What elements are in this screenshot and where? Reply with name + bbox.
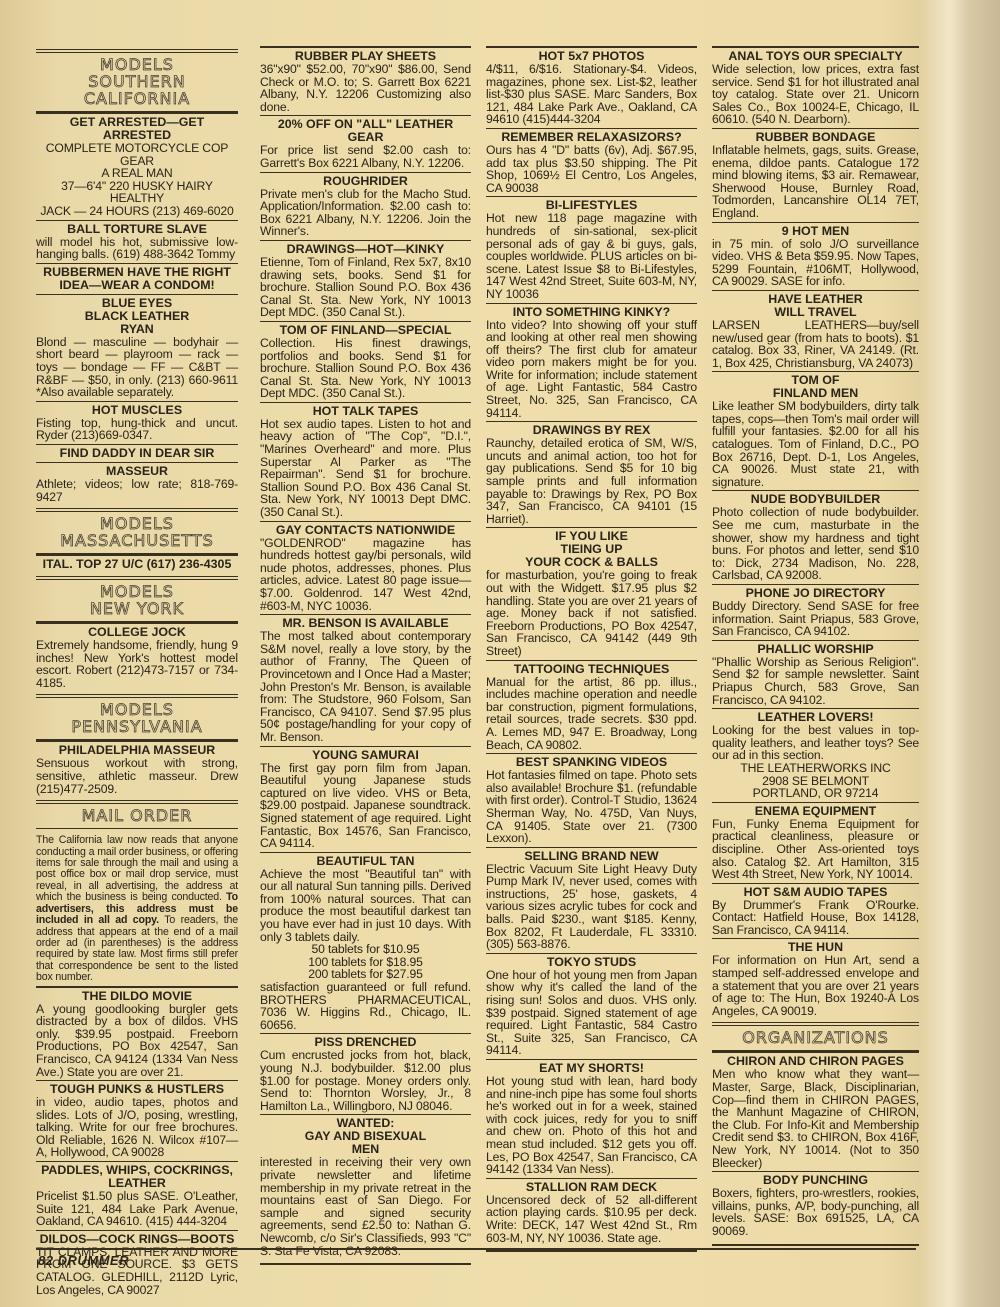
ad-body: Cum encrusted jocks from hot, black, you…: [260, 1049, 471, 1112]
ad-headline: BALL TORTURE SLAVE: [36, 223, 238, 236]
ad-headline: HAVE LEATHER: [712, 293, 919, 306]
section-title: MASSACHUSETTS: [36, 532, 238, 549]
ad-body: Athlete; videos; low rate; 818-769-9427: [36, 478, 238, 503]
ad-headline: TOKYO STUDS: [486, 956, 697, 969]
ad-list: COLLEGE JOCKExtremely handsome, friendly…: [36, 622, 238, 691]
ad-list: HOT 5x7 PHOTOS4/$11, 6/$16. Stationary-$…: [486, 46, 697, 1246]
ad-body: satisfaction guaranteed or full refund. …: [260, 981, 471, 1031]
ad-headline: FIND DADDY IN DEAR SIR: [36, 447, 238, 460]
classified-ad: MASSEURAthlete; videos; low rate; 818-76…: [36, 462, 238, 505]
classified-ad: BEST SPANKING VIDEOSHot fantasies filmed…: [486, 753, 697, 847]
ad-headline: GET ARRESTED—GET ARRESTED: [36, 116, 238, 142]
section-title: ORGANIZATIONS: [712, 1029, 919, 1046]
classified-ad: ANAL TOYS OUR SPECIALTYWide selection, l…: [712, 46, 919, 128]
classified-ad: PADDLES, WHIPS, COCKRINGS, LEATHERPricel…: [36, 1161, 238, 1230]
ad-list: THE DILDO MOVIEA young goodlooking burgl…: [36, 986, 238, 1299]
classified-ad: BEAUTIFUL TANAchieve the most "Beautiful…: [260, 852, 471, 1034]
ad-body: Fun, Funky Enema Equipment for practical…: [712, 818, 919, 881]
ad-headline: STALLION RAM DECK: [486, 1181, 697, 1194]
ad-body: in video, audio tapes, photos and slides…: [36, 1096, 238, 1159]
ad-headline: RUBBERMEN HAVE THE RIGHT IDEA—WEAR A CON…: [36, 266, 238, 292]
classified-ad: GET ARRESTED—GET ARRESTEDCOMPLETE MOTORC…: [36, 112, 238, 220]
ad-body: 4/$11, 6/$16. Stationary-$4. Videos, mag…: [486, 63, 697, 126]
classified-ad: IF YOU LIKETIEING UPYOUR COCK & BALLSfor…: [486, 527, 697, 659]
section-title: SOUTHERN: [36, 73, 238, 90]
section-title: MAIL ORDER: [36, 807, 238, 824]
classified-ad: HAVE LEATHERWILL TRAVELLARSEN LEATHERS—b…: [712, 290, 919, 371]
classified-ad: PISS DRENCHEDCum encrusted jocks from ho…: [260, 1033, 471, 1114]
ad-headline: YOUNG SAMURAI: [260, 749, 471, 762]
page-footer: 82 DRUMMER: [38, 1253, 129, 1268]
ad-body: Pricelist $1.50 plus SASE. O'Leather, Su…: [36, 1190, 238, 1228]
ad-body: will model his hot, submissive low-hangi…: [36, 236, 238, 261]
ad-body: Hot young stud with lean, hard body and …: [486, 1075, 697, 1176]
classified-ad: RUBBER BONDAGEInflatable helmets, gags, …: [712, 128, 919, 222]
ad-body: Hot sex audio tapes. Listen to hot and h…: [260, 418, 471, 519]
classified-ad: BLUE EYESBLACK LEATHERRYANBlond — mascul…: [36, 294, 238, 401]
classified-ad: THE HUNFor information on Hun Art, send …: [712, 938, 919, 1019]
ad-body: For information on Hun Art, send a stamp…: [712, 954, 919, 1017]
ad-headline: WILL TRAVEL: [712, 306, 919, 319]
ad-body: By Drummer's Frank O'Rourke. Contact: Ha…: [712, 899, 919, 937]
ad-body: 36"x90" $52.00, 70"x90" $86.00, Send Che…: [260, 63, 471, 113]
ad-headline: SELLING BRAND NEW: [486, 850, 697, 863]
ad-headline: HOT S&M AUDIO TAPES: [712, 886, 919, 899]
ad-headline: RYAN: [36, 323, 238, 336]
ad-headline: PADDLES, WHIPS, COCKRINGS, LEATHER: [36, 1164, 238, 1190]
footer-rule: [36, 1248, 916, 1250]
classified-ad: LEATHER LOVERS!Looking for the best valu…: [712, 708, 919, 802]
classified-ad: HOT TALK TAPESHot sex audio tapes. Liste…: [260, 402, 471, 521]
ad-headline: ROUGHRIDER: [260, 175, 471, 188]
classified-ad: INTO SOMETHING KINKY?Into video? Into sh…: [486, 303, 697, 422]
classified-ad: REMEMBER RELAXASIZORS?Ours has 4 "D" bat…: [486, 128, 697, 196]
ad-headline: ITAL. TOP 27 U/C (617) 236-4305: [36, 558, 238, 571]
ad-address-line: THE LEATHERWORKS INC: [712, 762, 919, 775]
section-header-mail-order: MAIL ORDER: [36, 800, 238, 829]
ad-body: A young goodlooking burgler gets distrac…: [36, 1003, 238, 1079]
ad-body: Sensuous workout with strong, sensitive,…: [36, 757, 238, 795]
ad-headline: DRAWINGS—HOT—KINKY: [260, 243, 471, 256]
ad-headline: 20% OFF ON "ALL" LEATHER GEAR: [260, 118, 471, 144]
ad-body: Inflatable helmets, gags, suits. Grease,…: [712, 144, 919, 220]
section-title: MODELS: [36, 56, 238, 73]
section-header-models-pennsylvania: MODELSPENNSYLVANIA: [36, 694, 238, 740]
ad-body: "Phallic Worship as Serious Religion". S…: [712, 656, 919, 706]
ad-headline: PHALLIC WORSHIP: [712, 643, 919, 656]
classified-ad: DRAWINGS BY REXRaunchy, detailed erotica…: [486, 421, 697, 527]
ad-headline: TATTOOING TECHNIQUES: [486, 663, 697, 676]
classified-ad: COLLEGE JOCKExtremely handsome, friendly…: [36, 622, 238, 691]
ad-body: One hour of hot young men from Japan sho…: [486, 969, 697, 1057]
classified-ad: GAY CONTACTS NATIONWIDE"GOLDENROD" magaz…: [260, 521, 471, 615]
section-title: MODELS: [36, 701, 238, 718]
ad-address-line: PORTLAND, OR 97214: [712, 787, 919, 800]
ad-body: Ours has 4 "D" batts (6v), Adj. $67.95, …: [486, 144, 697, 194]
section-title: CALIFORNIA: [36, 90, 238, 107]
classified-ad: CHIRON AND CHIRON PAGESMen who know what…: [712, 1051, 919, 1171]
ad-price-line: 50 tablets for $10.95: [260, 943, 471, 956]
section-title: NEW YORK: [36, 600, 238, 617]
ad-body: Photo collection of nude bodybuilder. Se…: [712, 506, 919, 582]
ad-headline: TOM OF FINLAND—SPECIAL: [260, 324, 471, 337]
classified-ad: ROUGHRIDERPrivate men's club for the Mac…: [260, 172, 471, 240]
classified-ad: WANTED:GAY AND BISEXUALMENinterested in …: [260, 1114, 471, 1259]
classified-ad: RUBBERMEN HAVE THE RIGHT IDEA—WEAR A CON…: [36, 263, 238, 294]
ad-list: RUBBER PLAY SHEETS36"x90" $52.00, 70"x90…: [260, 46, 471, 1259]
ad-headline: BLACK LEATHER: [36, 310, 238, 323]
ad-headline: HOT TALK TAPES: [260, 405, 471, 418]
ad-body: Fisting top, hung-thick and uncut. Ryder…: [36, 417, 238, 442]
classified-ad: THE DILDO MOVIEA young goodlooking burgl…: [36, 986, 238, 1081]
ad-body: Boxers, fighters, pro-wrestlers, rookies…: [712, 1187, 919, 1237]
column-1: MODELSSOUTHERNCALIFORNIA GET ARRESTED—GE…: [36, 46, 238, 1298]
ad-body: For price list send $2.00 cash to: Garre…: [260, 144, 471, 169]
section-header-models-new-york: MODELSNEW YORK: [36, 576, 238, 622]
classified-ad: BALL TORTURE SLAVEwill model his hot, su…: [36, 220, 238, 263]
divider: [486, 1250, 697, 1252]
column-2: RUBBER PLAY SHEETS36"x90" $52.00, 70"x90…: [260, 46, 471, 1265]
classified-ad: SELLING BRAND NEWElectric Vacuum Site Li…: [486, 847, 697, 953]
classified-ad: PHILADELPHIA MASSEURSensuous workout wit…: [36, 740, 238, 797]
ad-body: Buddy Directory. Send SASE for free info…: [712, 600, 919, 638]
classified-ad: HOT 5x7 PHOTOS4/$11, 6/$16. Stationary-$…: [486, 46, 697, 128]
classified-ad: PHALLIC WORSHIP"Phallic Worship as Serio…: [712, 640, 919, 708]
ad-body: Private men's club for the Macho Stud. A…: [260, 188, 471, 238]
classified-ad: TOUGH PUNKS & HUSTLERSin video, audio ta…: [36, 1080, 238, 1161]
classified-ad: 9 HOT MENin 75 min. of solo J/O surveill…: [712, 222, 919, 290]
classified-ad: BODY PUNCHINGBoxers, fighters, pro-wrest…: [712, 1171, 919, 1239]
classified-ad: 20% OFF ON "ALL" LEATHER GEARFor price l…: [260, 115, 471, 171]
ad-body: Men who know what they want—Master, Sarg…: [712, 1068, 919, 1169]
ad-headline: INTO SOMETHING KINKY?: [486, 306, 697, 319]
ad-body: The most talked about contemporary S&M n…: [260, 630, 471, 743]
classified-ad: HOT MUSCLESFisting top, hung-thick and u…: [36, 401, 238, 444]
ad-body: Raunchy, detailed erotica of SM, W/S, un…: [486, 437, 697, 525]
ad-body: Like leather SM bodybuilders, dirty talk…: [712, 400, 919, 488]
ad-line: COMPLETE MOTORCYCLE COP GEAR: [36, 142, 238, 167]
mail-order-legal-notice: The California law now reads that anyone…: [36, 829, 238, 985]
classified-ad: PHONE JO DIRECTORYBuddy Directory. Send …: [712, 584, 919, 640]
ad-body: Blond — masculine — bodyhair — short bea…: [36, 336, 238, 399]
section-title: PENNSYLVANIA: [36, 718, 238, 735]
ad-body: Hot fantasies filmed on tape. Photo sets…: [486, 769, 697, 845]
classified-ad: ITAL. TOP 27 U/C (617) 236-4305: [36, 554, 238, 573]
classified-ad: NUDE BODYBUILDERPhoto collection of nude…: [712, 490, 919, 584]
ad-list: PHILADELPHIA MASSEURSensuous workout wit…: [36, 740, 238, 797]
classified-ad: YOUNG SAMURAIThe first gay porn film fro…: [260, 746, 471, 852]
ad-list: GET ARRESTED—GET ARRESTEDCOMPLETE MOTORC…: [36, 112, 238, 505]
ad-headline: HOT MUSCLES: [36, 404, 238, 417]
ad-list: ANAL TOYS OUR SPECIALTYWide selection, l…: [712, 46, 919, 1019]
column-3: HOT 5x7 PHOTOS4/$11, 6/$16. Stationary-$…: [486, 46, 697, 1252]
classified-ad: TOM OF FINLAND—SPECIALCollection. His fi…: [260, 321, 471, 402]
divider: [260, 1263, 471, 1265]
ad-body: Hot new 118 page magazine with hundreds …: [486, 212, 697, 300]
ad-headline: GAY CONTACTS NATIONWIDE: [260, 524, 471, 537]
ad-line: 37—6'4" 220 HUSKY HAIRY HEALTHY: [36, 180, 238, 205]
ad-body: interested in receiving their very own p…: [260, 1156, 471, 1257]
page-number: 82: [38, 1253, 53, 1268]
section-header-models-southern-california: MODELSSOUTHERNCALIFORNIA: [36, 49, 238, 112]
ad-body: for masturbation, you're going to freak …: [486, 569, 697, 657]
column-4: ANAL TOYS OUR SPECIALTYWide selection, l…: [712, 46, 919, 1246]
ad-line: A REAL MAN: [36, 167, 238, 180]
classified-ad: EAT MY SHORTS!Hot young stud with lean, …: [486, 1059, 697, 1178]
ad-headline: 9 HOT MEN: [712, 225, 919, 238]
ad-line: JACK — 24 HOURS (213) 469-6020: [36, 205, 238, 218]
ad-body: Extremely handsome, friendly, hung 9 inc…: [36, 639, 238, 689]
ad-body: Uncensored deck of 52 all-different acti…: [486, 1194, 697, 1244]
ad-headline: BLUE EYES: [36, 297, 238, 310]
classified-ad: STALLION RAM DECKUncensored deck of 52 a…: [486, 1178, 697, 1246]
section-title: MODELS: [36, 583, 238, 600]
section-title: MODELS: [36, 515, 238, 532]
classified-ad: MR. BENSON IS AVAILABLEThe most talked a…: [260, 614, 471, 745]
ad-headline: BEAUTIFUL TAN: [260, 855, 471, 868]
classified-ad: ENEMA EQUIPMENTFun, Funky Enema Equipmen…: [712, 802, 919, 883]
classified-ad: DRAWINGS—HOT—KINKYEtienne, Tom of Finlan…: [260, 240, 471, 321]
classified-ad: HOT S&M AUDIO TAPESBy Drummer's Frank O'…: [712, 883, 919, 939]
ad-body: Wide selection, low prices, extra fast s…: [712, 63, 919, 126]
ad-body: Electric Vacuum Site Light Heavy Duty Pu…: [486, 863, 697, 951]
publication-name: DRUMMER: [58, 1253, 129, 1268]
ad-headline: ENEMA EQUIPMENT: [712, 805, 919, 818]
classified-ad: TATTOOING TECHNIQUESManual for the artis…: [486, 660, 697, 754]
ad-body: Achieve the most "Beautiful tan" with ou…: [260, 868, 471, 944]
ad-body: Etienne, Tom of Finland, Rex 5x7, 8x10 d…: [260, 256, 471, 319]
section-header-organizations: ORGANIZATIONS: [712, 1022, 919, 1051]
ad-headline: THE DILDO MOVIE: [36, 990, 238, 1003]
ad-body: "GOLDENROD" magazine has hundreds hottes…: [260, 537, 471, 613]
ad-body: LARSEN LEATHERS—buy/sell new/used gear (…: [712, 319, 919, 369]
divider: [712, 1244, 919, 1246]
ad-body: Manual for the artist, 86 pp. illus., in…: [486, 676, 697, 752]
ad-list: ITAL. TOP 27 U/C (617) 236-4305: [36, 554, 238, 573]
ad-body: in 75 min. of solo J/O surveillance vide…: [712, 238, 919, 288]
ad-headline: MASSEUR: [36, 465, 238, 478]
classified-ad: FIND DADDY IN DEAR SIR: [36, 444, 238, 462]
classified-ad: BI-LIFESTYLESHot new 118 page magazine w…: [486, 196, 697, 302]
classified-ad: TOM OFFINLAND MENLike leather SM bodybui…: [712, 371, 919, 490]
ad-headline: DILDOS—COCK RINGS—BOOTS: [36, 1233, 238, 1246]
ad-body: Collection. His finest drawings, portfol…: [260, 337, 471, 400]
ad-body: Looking for the best values in top-quali…: [712, 724, 919, 762]
section-header-models-massachusetts: MODELSMASSACHUSETTS: [36, 508, 238, 554]
classified-ad: RUBBER PLAY SHEETS36"x90" $52.00, 70"x90…: [260, 46, 471, 115]
ad-body: Into video? Into showing off your stuff …: [486, 319, 697, 420]
ad-list: CHIRON AND CHIRON PAGESMen who know what…: [712, 1051, 919, 1239]
ad-body: The first gay porn film from Japan. Beau…: [260, 762, 471, 850]
classified-ad: TOKYO STUDSOne hour of hot young men fro…: [486, 953, 697, 1059]
